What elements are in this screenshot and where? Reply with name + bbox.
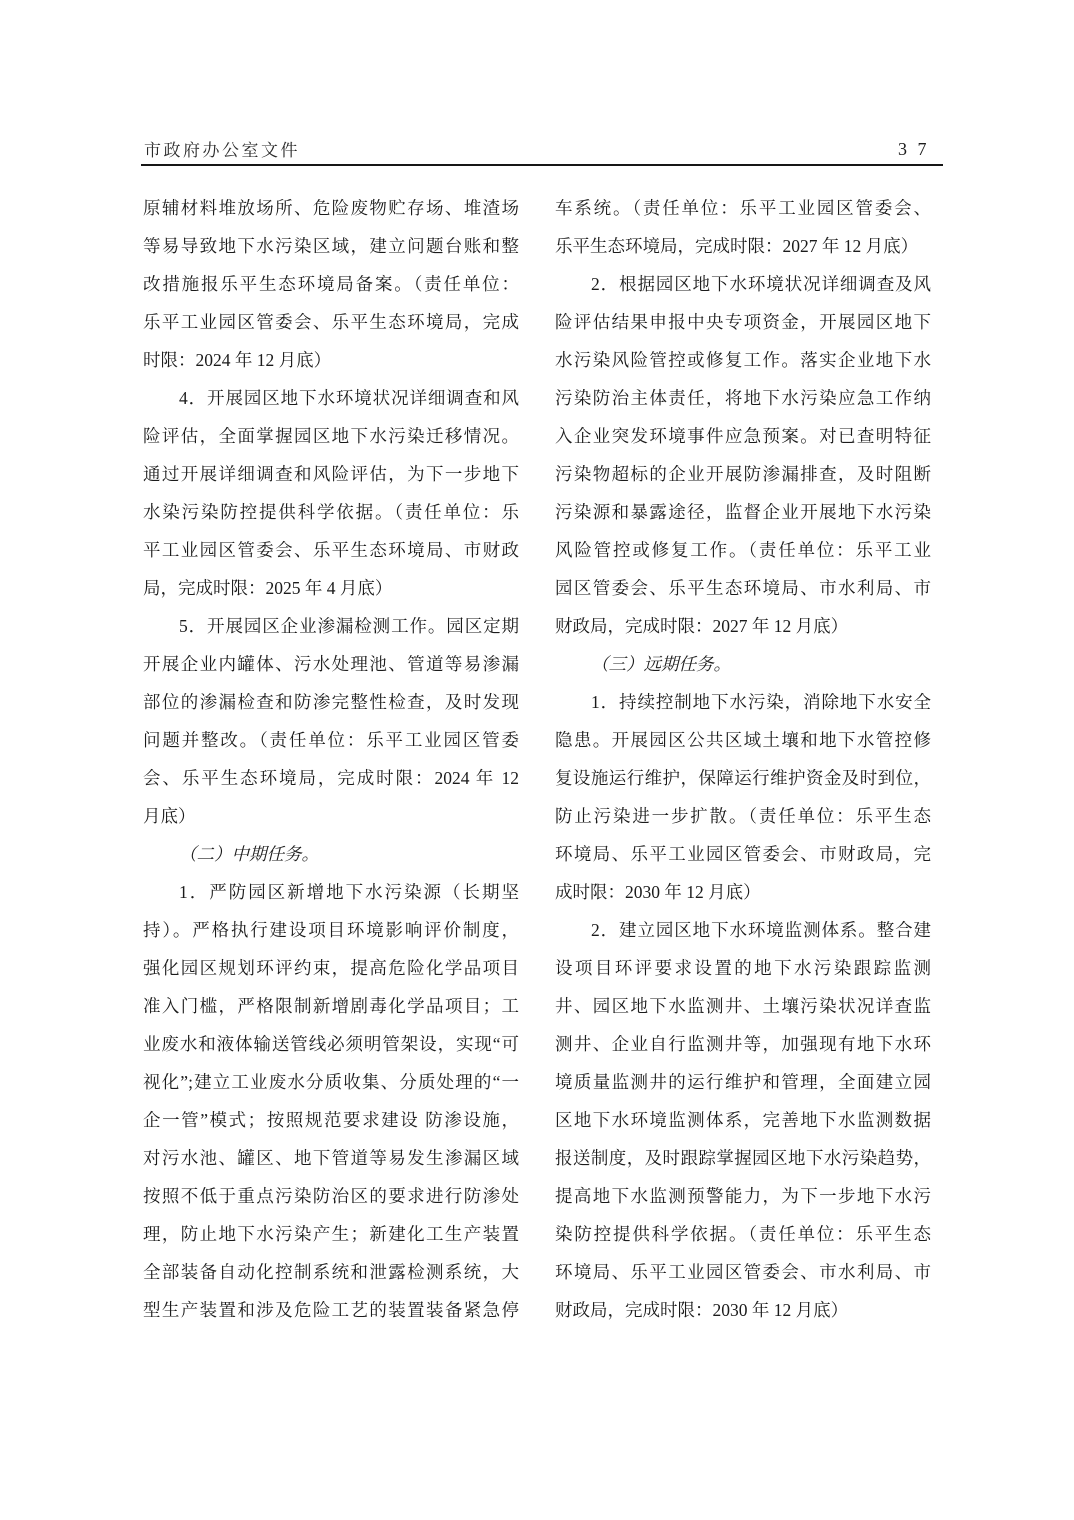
text-line: 井、园区地下水监测井、土壤污染状况详查监 xyxy=(555,987,931,1025)
text-line: 隐患。开展园区公共区域土壤和地下水管控修 xyxy=(555,721,931,759)
text-line: 报送制度，及时跟踪掌握园区地下水污染趋势， xyxy=(555,1139,931,1177)
text-line: 强化园区规划环评约束，提高危险化学品项目 xyxy=(143,949,519,987)
text-line: 开展企业内罐体、污水处理池、管道等易渗漏 xyxy=(143,645,519,683)
text-line: 对污水池、罐区、地下管道等易发生渗漏区域 xyxy=(143,1139,519,1177)
left-column: 原辅材料堆放场所、危险废物贮存场、堆渣场等易导致地下水污染区域，建立问题台账和整… xyxy=(143,189,519,1329)
text-line: 准入门槛，严格限制新增剧毒化学品项目；工 xyxy=(143,987,519,1025)
text-line: 成时限：2030 年 12 月底） xyxy=(555,873,931,911)
paragraph: 5．开展园区企业渗漏检测工作。园区定期开展企业内罐体、污水处理池、管道等易渗漏部… xyxy=(143,607,519,835)
paragraph: 4．开展园区地下水环境状况详细调查和风险评估，全面掌握园区地下水污染迁移情况。通… xyxy=(143,379,519,607)
text-line: 环境局、乐平工业园区管委会、市水利局、市 xyxy=(555,1253,931,1291)
section-heading: （二）中期任务。 xyxy=(143,835,519,873)
page-number: 3 7 xyxy=(898,139,930,160)
text-line: 险评估，全面掌握园区地下水污染迁移情况。 xyxy=(143,417,519,455)
text-line: 4．开展园区地下水环境状况详细调查和风 xyxy=(143,379,519,417)
text-line: （三）远期任务。 xyxy=(555,645,931,683)
text-line: 险评估结果申报中央专项资金，开展园区地下 xyxy=(555,303,931,341)
text-line: 乐平生态环境局，完成时限：2027 年 12 月底） xyxy=(555,227,931,265)
text-line: 复设施运行维护，保障运行维护资金及时到位， xyxy=(555,759,931,797)
text-line: 时限：2024 年 12 月底） xyxy=(143,341,519,379)
text-line: 2．根据园区地下水环境状况详细调查及风 xyxy=(555,265,931,303)
text-line: 财政局，完成时限：2027 年 12 月底） xyxy=(555,607,931,645)
text-line: 业废水和液体输送管线必须明管架设，实现“可 xyxy=(143,1025,519,1063)
text-line: 1．持续控制地下水污染，消除地下水安全 xyxy=(555,683,931,721)
text-line: 设项目环评要求设置的地下水污染跟踪监测 xyxy=(555,949,931,987)
text-line: 测井、企业自行监测井等，加强现有地下水环 xyxy=(555,1025,931,1063)
text-line: 污染物超标的企业开展防渗漏排查，及时阻断 xyxy=(555,455,931,493)
text-line: 防止污染进一步扩散。（责任单位：乐平生态 xyxy=(555,797,931,835)
document-page: 市政府办公室文件 3 7 原辅材料堆放场所、危险废物贮存场、堆渣场等易导致地下水… xyxy=(0,0,1074,1520)
text-line: 5．开展园区企业渗漏检测工作。园区定期 xyxy=(143,607,519,645)
text-line: 部位的渗漏检查和防渗完整性检查，及时发现 xyxy=(143,683,519,721)
text-line: 局，完成时限：2025 年 4 月底） xyxy=(143,569,519,607)
text-line: 染防控提供科学依据。（责任单位：乐平生态 xyxy=(555,1215,931,1253)
text-line: 水污染风险管控或修复工作。落实企业地下水 xyxy=(555,341,931,379)
text-columns: 原辅材料堆放场所、危险废物贮存场、堆渣场等易导致地下水污染区域，建立问题台账和整… xyxy=(143,189,931,1329)
text-line: 全部装备自动化控制系统和泄露检测系统，大 xyxy=(143,1253,519,1291)
text-line: 财政局，完成时限：2030 年 12 月底） xyxy=(555,1291,931,1329)
text-line: 型生产装置和涉及危险工艺的装置装备紧急停 xyxy=(143,1291,519,1329)
text-line: 持）。严格执行建设项目环境影响评价制度， xyxy=(143,911,519,949)
text-line: 通过开展详细调查和风险评估，为下一步地下 xyxy=(143,455,519,493)
text-line: 按照不低于重点污染防治区的要求进行防渗处 xyxy=(143,1177,519,1215)
paragraph: 2．建立园区地下水环境监测体系。整合建设项目环评要求设置的地下水污染跟踪监测井、… xyxy=(555,911,931,1329)
text-line: 问题并整改。（责任单位：乐平工业园区管委 xyxy=(143,721,519,759)
text-line: 污染源和暴露途径，监督企业开展地下水污染 xyxy=(555,493,931,531)
text-line: 理，防止地下水污染产生；新建化工生产装置 xyxy=(143,1215,519,1253)
text-line: 原辅材料堆放场所、危险废物贮存场、堆渣场 xyxy=(143,189,519,227)
text-line: 平工业园区管委会、乐平生态环境局、市财政 xyxy=(143,531,519,569)
paragraph: 车系统。（责任单位：乐平工业园区管委会、乐平生态环境局，完成时限：2027 年 … xyxy=(555,189,931,265)
text-line: 园区管委会、乐平生态环境局、市水利局、市 xyxy=(555,569,931,607)
paragraph: 1．严防园区新增地下水污染源（长期坚持）。严格执行建设项目环境影响评价制度，强化… xyxy=(143,873,519,1329)
section-heading: （三）远期任务。 xyxy=(555,645,931,683)
text-line: 月底） xyxy=(143,797,519,835)
text-line: 风险管控或修复工作。（责任单位：乐平工业 xyxy=(555,531,931,569)
text-line: 区地下水环境监测体系，完善地下水监测数据 xyxy=(555,1101,931,1139)
text-line: 车系统。（责任单位：乐平工业园区管委会、 xyxy=(555,189,931,227)
text-line: 等易导致地下水污染区域，建立问题台账和整 xyxy=(143,227,519,265)
text-line: 企一管”模式；按照规范要求建设 防渗设施， xyxy=(143,1101,519,1139)
text-line: 视化”;建立工业废水分质收集、分质处理的“一 xyxy=(143,1063,519,1101)
text-line: 1．严防园区新增地下水污染源（长期坚 xyxy=(143,873,519,911)
document-header-title: 市政府办公室文件 xyxy=(144,136,300,161)
text-line: 入企业突发环境事件应急预案。对已查明特征 xyxy=(555,417,931,455)
text-line: 提高地下水监测预警能力，为下一步地下水污 xyxy=(555,1177,931,1215)
text-line: 水染污染防控提供科学依据。（责任单位：乐 xyxy=(143,493,519,531)
text-line: 2．建立园区地下水环境监测体系。整合建 xyxy=(555,911,931,949)
paragraph: 2．根据园区地下水环境状况详细调查及风险评估结果申报中央专项资金，开展园区地下水… xyxy=(555,265,931,645)
text-line: 会、乐平生态环境局，完成时限：2024 年 12 xyxy=(143,759,519,797)
text-line: 乐平工业园区管委会、乐平生态环境局，完成 xyxy=(143,303,519,341)
text-line: 环境局、乐平工业园区管委会、市财政局，完 xyxy=(555,835,931,873)
right-column: 车系统。（责任单位：乐平工业园区管委会、乐平生态环境局，完成时限：2027 年 … xyxy=(555,189,931,1329)
paragraph: 1．持续控制地下水污染，消除地下水安全隐患。开展园区公共区域土壤和地下水管控修复… xyxy=(555,683,931,911)
text-line: （二）中期任务。 xyxy=(143,835,519,873)
text-line: 境质量监测井的运行维护和管理，全面建立园 xyxy=(555,1063,931,1101)
text-line: 污染防治主体责任，将地下水污染应急工作纳 xyxy=(555,379,931,417)
header-rule-divider xyxy=(141,164,943,166)
text-line: 改措施报乐平生态环境局备案。（责任单位： xyxy=(143,265,519,303)
paragraph: 原辅材料堆放场所、危险废物贮存场、堆渣场等易导致地下水污染区域，建立问题台账和整… xyxy=(143,189,519,379)
